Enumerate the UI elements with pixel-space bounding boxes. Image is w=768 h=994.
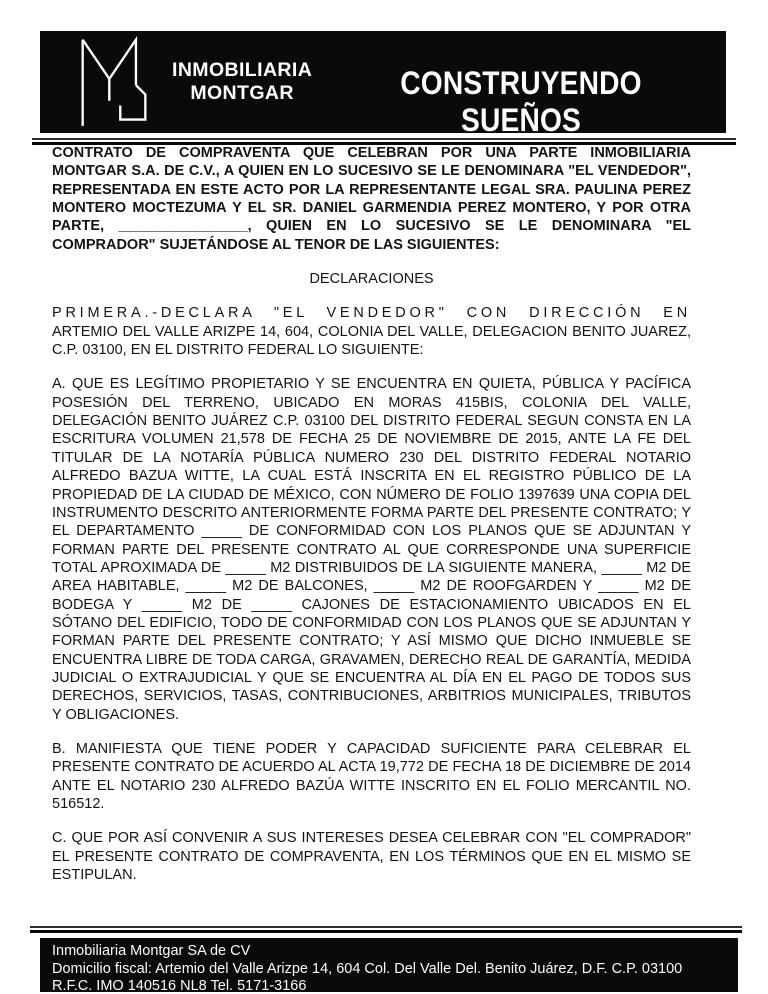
contract-page: INMOBILIARIA MONTGAR CONSTRUYENDO SUEÑOS… — [0, 0, 768, 994]
opening-paragraph: CONTRATO DE COMPRAVENTA QUE CELEBRAN POR… — [52, 144, 691, 254]
footer-company: Inmobiliaria Montgar SA de CV — [52, 943, 738, 961]
clause-primera-body: ARTEMIO DEL VALLE ARIZPE 14, 604, COLONI… — [52, 324, 691, 358]
clause-c: C. QUE POR ASÍ CONVENIR A SUS INTERESES … — [52, 829, 691, 884]
footer-rfc-tel: R.F.C. IMO 140516 NL8 Tel. 5171-3166 — [52, 978, 738, 994]
clause-a: A. QUE ES LEGÍTIMO PROPIETARIO Y SE ENCU… — [52, 375, 691, 724]
contract-body: CONTRATO DE COMPRAVENTA QUE CELEBRAN POR… — [52, 144, 691, 900]
tagline: CONSTRUYENDO SUEÑOS — [358, 65, 684, 139]
brand-line-1: INMOBILIARIA — [172, 59, 312, 82]
brand-line-2: MONTGAR — [172, 82, 312, 105]
footer-address: Domicilio fiscal: Artemio del Valle Ariz… — [52, 961, 738, 979]
section-heading-declaraciones: DECLARACIONES — [52, 270, 691, 288]
clause-primera: PRIMERA.-DECLARA "EL VENDEDOR" CON DIREC… — [52, 304, 691, 359]
footer-divider — [30, 926, 742, 933]
header-banner: INMOBILIARIA MONTGAR CONSTRUYENDO SUEÑOS — [40, 31, 726, 133]
brand-name: INMOBILIARIA MONTGAR — [172, 59, 312, 105]
clause-primera-lead: PRIMERA.-DECLARA "EL VENDEDOR" CON DIREC… — [52, 304, 691, 322]
montgar-monogram-icon — [66, 35, 162, 129]
footer: Inmobiliaria Montgar SA de CV Domicilio … — [40, 938, 738, 992]
clause-b: B. MANIFIESTA QUE TIENE PODER Y CAPACIDA… — [52, 740, 691, 813]
